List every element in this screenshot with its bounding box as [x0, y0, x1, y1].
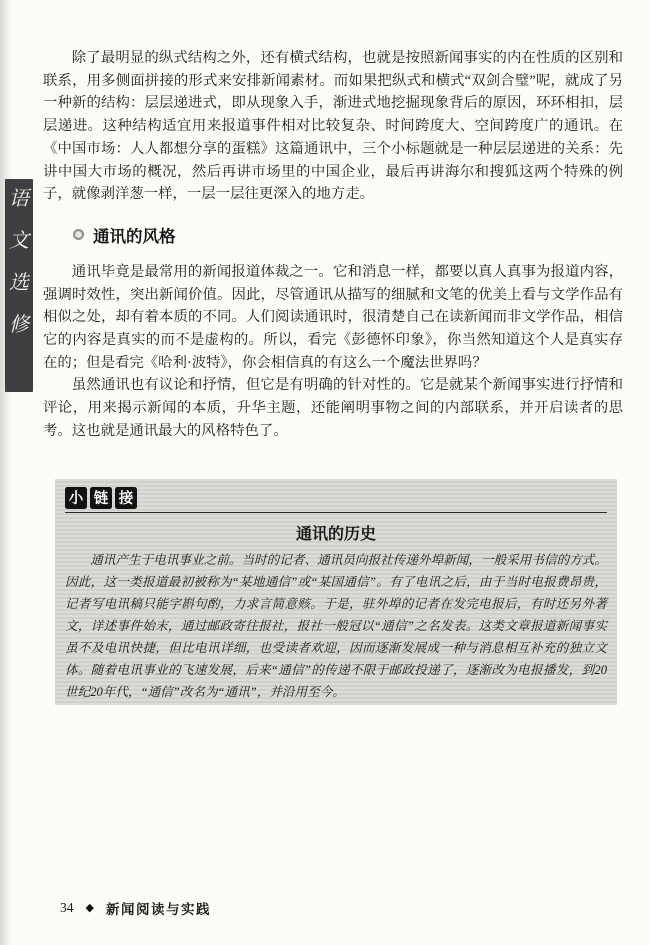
series-tab-char: 修	[9, 315, 29, 335]
section-title: 通讯的风格	[93, 223, 176, 247]
diamond-icon: ◆	[86, 903, 94, 914]
style-paragraph-2: 虽然通讯也有议论和抒情，但它是有明确的针对性的。它是就某个新闻事实进行抒情和评论…	[43, 374, 623, 442]
tag-char-box: 小	[65, 487, 87, 509]
link-box-body: 通讯产生于电讯事业之前。当时的记者、通讯员向报社传递外埠新闻，一般采用书信的方式…	[65, 549, 607, 703]
page-number: 34	[60, 900, 74, 916]
tag-divider	[65, 512, 607, 513]
series-tab-char: 文	[9, 231, 29, 251]
tag-char-box: 接	[115, 487, 137, 509]
link-box: 小 链 接 通讯的历史 通讯产生于电讯事业之前。当时的记者、通讯员向报社传递外埠…	[55, 479, 617, 705]
series-tab-char: 语	[9, 189, 29, 209]
book-series-tab: 语 文 选 修	[5, 179, 33, 392]
structure-paragraph: 除了最明显的纵式结构之外，还有横式结构，也就是按照新闻事实的内在性质的区别和联系…	[43, 47, 623, 206]
section-bullet-ring-icon	[73, 229, 84, 240]
section-heading: 通讯的风格	[43, 223, 623, 247]
series-tab-char: 选	[9, 273, 29, 293]
main-content: 除了最明显的纵式结构之外，还有横式结构，也就是按照新闻事实的内在性质的区别和联系…	[43, 47, 623, 705]
book-title: 新闻阅读与实践	[106, 898, 211, 918]
tag-char-box: 链	[90, 487, 112, 509]
link-box-tag: 小 链 接	[65, 487, 607, 509]
style-paragraph-1: 通讯毕竟是最常用的新闻报道体裁之一。它和消息一样，都要以真人真事为报道内容，强调…	[43, 261, 623, 375]
textbook-page: 语 文 选 修 除了最明显的纵式结构之外，还有横式结构，也就是按照新闻事实的内在…	[0, 0, 650, 945]
link-box-title: 通讯的历史	[65, 521, 607, 544]
page-footer: 34 ◆ 新闻阅读与实践	[60, 898, 211, 918]
page-edge-shadow	[0, 0, 12, 945]
